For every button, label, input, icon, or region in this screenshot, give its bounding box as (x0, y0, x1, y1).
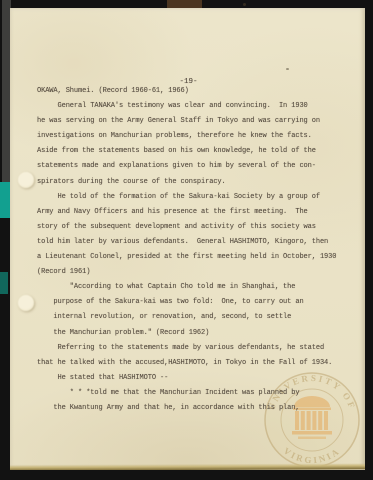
text-line: purpose of the Sakura-kai was two fold: … (37, 295, 349, 310)
text-line: Referring to the statements made by vari… (37, 341, 349, 356)
punch-hole-top (18, 172, 34, 188)
text-line: He told of the formation of the Sakura-k… (37, 190, 349, 205)
text-line: told him later by various defendants. Ge… (37, 235, 349, 250)
text-line: General TANAKA's testimony was clear and… (37, 99, 349, 114)
text-line: investigations on Manchurian problems, t… (37, 129, 349, 144)
text-line: the Manchurian problem." (Record 1962) (37, 326, 349, 341)
paper-bottom-edge (10, 463, 365, 470)
typewritten-text-block: OKAWA, Shumei. (Record 1960-61, 1966) Ge… (37, 84, 349, 416)
text-line: he was serving on the Army General Staff… (37, 114, 349, 129)
text-line: the Kwantung Army and that he, in accord… (37, 401, 349, 416)
scanned-page-background: UNIVERSITY OF VIRGINIA -1 (0, 0, 373, 480)
border-speck (243, 3, 246, 6)
text-line: OKAWA, Shumei. (Record 1960-61, 1966) (37, 84, 349, 99)
text-line: spirators during the course of the consp… (37, 175, 349, 190)
binding-tape-teal-2 (0, 272, 8, 294)
text-line: statements made and explanations given t… (37, 159, 349, 174)
text-line: that he talked with the accused,HASHIMOT… (37, 356, 349, 371)
text-line: Aside from the statements based on his o… (37, 144, 349, 159)
text-line: (Record 1961) (37, 265, 349, 280)
text-line: He stated that HASHIMOTO -- (37, 371, 349, 386)
punch-hole-bottom (18, 295, 34, 311)
text-line: story of the subsequent development and … (37, 220, 349, 235)
paper-speck (286, 68, 289, 70)
text-line: internal revolution, or renovation, and,… (37, 310, 349, 325)
text-line: a Lieutenant Colonel, presided at the fi… (37, 250, 349, 265)
document-page: UNIVERSITY OF VIRGINIA -1 (10, 8, 365, 470)
text-line: * * *told me that the Manchurian Inciden… (37, 386, 349, 401)
text-line: "According to what Captain Cho told me i… (37, 280, 349, 295)
text-line: Army and Navy Officers and his presence … (37, 205, 349, 220)
